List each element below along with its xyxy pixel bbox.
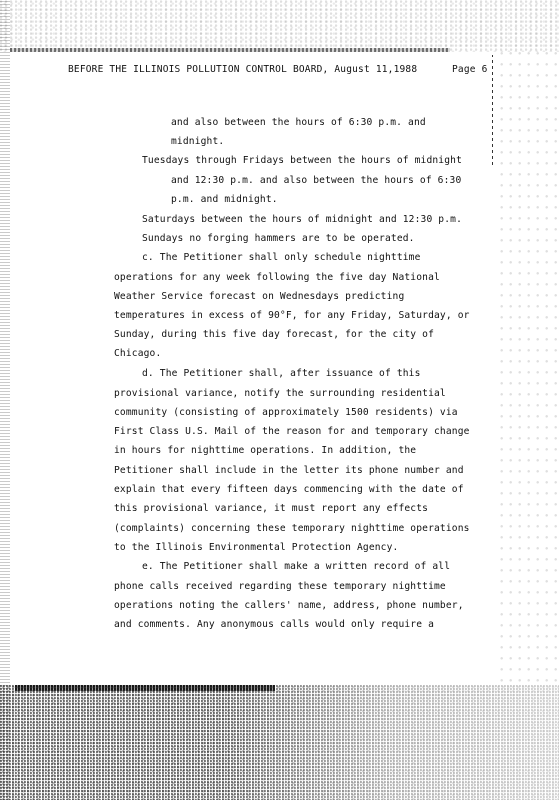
scan-edge-top bbox=[10, 48, 450, 52]
text-line: and 12:30 p.m. and also between the hour… bbox=[171, 175, 461, 186]
text-line: and also between the hours of 6:30 p.m. … bbox=[171, 117, 426, 128]
text-line: in hours for nighttime operations. In ad… bbox=[114, 445, 416, 456]
text-line: temperatures in excess of 90°F, for any … bbox=[114, 310, 470, 321]
scan-noise-left bbox=[0, 0, 10, 800]
text-line: phone calls received regarding these tem… bbox=[114, 581, 446, 592]
text-line: Petitioner shall include in the letter i… bbox=[114, 465, 464, 476]
text-line: Chicago. bbox=[114, 348, 161, 359]
text-line: provisional variance, notify the surroun… bbox=[114, 388, 446, 399]
text-line: community (consisting of approximately 1… bbox=[114, 407, 458, 418]
text-line: explain that every fifteen days commenci… bbox=[114, 484, 464, 495]
text-line: Weather Service forecast on Wednesdays p… bbox=[114, 291, 404, 302]
text-line: c. The Petitioner shall only schedule ni… bbox=[142, 252, 421, 263]
text-line: First Class U.S. Mail of the reason for … bbox=[114, 426, 470, 437]
text-line: this provisional variance, it must repor… bbox=[114, 503, 428, 514]
scan-noise-bottom bbox=[0, 685, 559, 800]
text-line: midnight. bbox=[171, 136, 224, 147]
text-line: p.m. and midnight. bbox=[171, 194, 278, 205]
text-line: d. The Petitioner shall, after issuance … bbox=[142, 368, 421, 379]
page-number: Page 6 bbox=[452, 64, 488, 75]
text-line: e. The Petitioner shall make a written r… bbox=[142, 561, 450, 572]
text-line: Sunday, during this five day forecast, f… bbox=[114, 329, 434, 340]
text-line: Tuesdays through Fridays between the hou… bbox=[142, 155, 462, 166]
text-line: and comments. Any anonymous calls would … bbox=[114, 619, 434, 630]
text-line: to the Illinois Environmental Protection… bbox=[114, 542, 398, 553]
text-line: operations noting the callers' name, add… bbox=[114, 600, 464, 611]
scan-noise-right bbox=[499, 50, 559, 690]
text-line: operations for any week following the fi… bbox=[114, 272, 440, 283]
page-header: BEFORE THE ILLINOIS POLLUTION CONTROL BO… bbox=[68, 64, 468, 75]
scan-edge-bottom bbox=[15, 685, 275, 691]
header-title: BEFORE THE ILLINOIS POLLUTION CONTROL BO… bbox=[68, 64, 417, 75]
scan-noise-top bbox=[0, 0, 559, 52]
text-line: (complaints) concerning these temporary … bbox=[114, 523, 470, 534]
scan-margin-line bbox=[492, 55, 493, 165]
text-line: Saturdays between the hours of midnight … bbox=[142, 214, 462, 225]
text-line: Sundays no forging hammers are to be ope… bbox=[142, 233, 415, 244]
